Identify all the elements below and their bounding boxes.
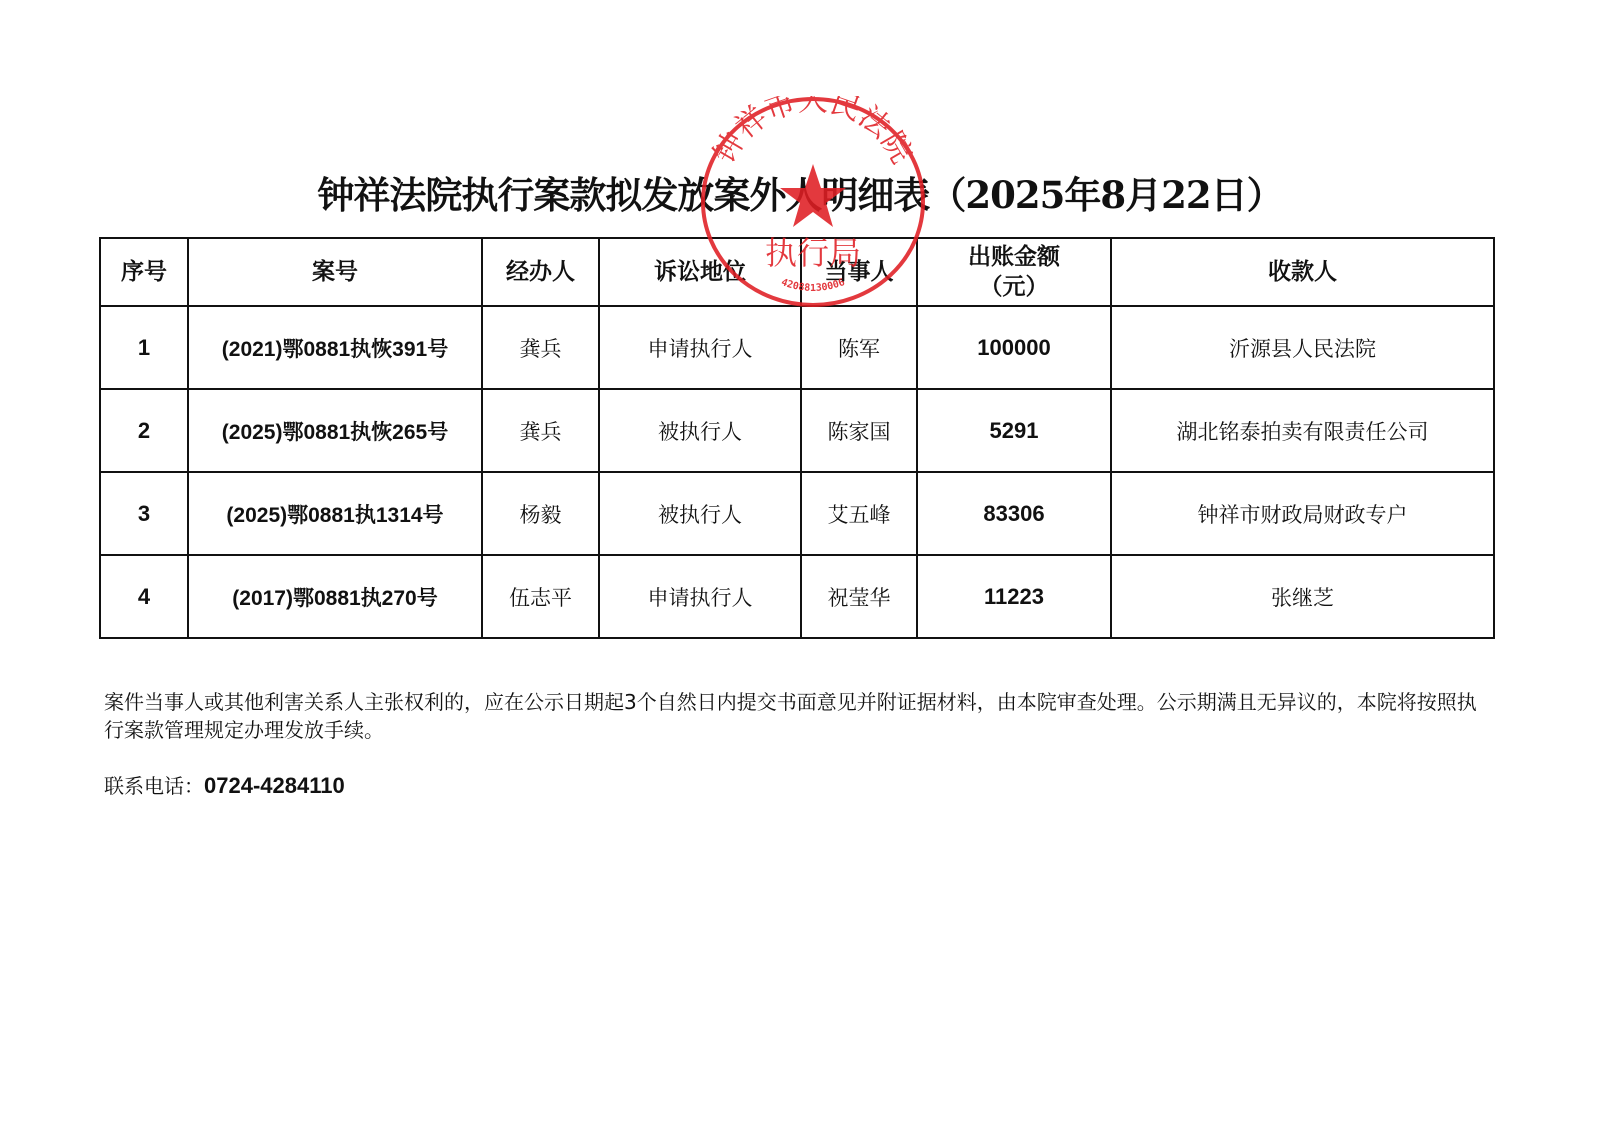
cell-litigation-status: 被执行人 [599,472,801,555]
table-row: 3 (2025)鄂0881执1314号 杨毅 被执行人 艾五峰 83306 钟祥… [100,472,1494,555]
header-amount-line1: 出账金额 [918,242,1110,272]
cell-amount: 11223 [917,555,1111,638]
cell-index: 3 [100,472,188,555]
cell-party: 祝莹华 [801,555,917,638]
cell-handler: 龚兵 [482,306,599,389]
cell-handler: 杨毅 [482,472,599,555]
cell-case-no: (2017)鄂0881执270号 [188,555,482,638]
cell-payee: 湖北铭泰拍卖有限责任公司 [1111,389,1494,472]
cell-case-no: (2025)鄂0881执恢265号 [188,389,482,472]
header-amount-line2: （元） [918,272,1110,302]
header-case-no: 案号 [188,238,482,306]
cell-party: 陈家国 [801,389,917,472]
cell-index: 2 [100,389,188,472]
header-amount: 出账金额 （元） [917,238,1111,306]
disbursement-table: 序号 案号 经办人 诉讼地位 当事人 出账金额 （元） 收款人 1 (2021)… [99,237,1495,639]
cell-handler: 龚兵 [482,389,599,472]
cell-case-no: (2021)鄂0881执恢391号 [188,306,482,389]
cell-litigation-status: 被执行人 [599,389,801,472]
table-header-row: 序号 案号 经办人 诉讼地位 当事人 出账金额 （元） 收款人 [100,238,1494,306]
header-party: 当事人 [801,238,917,306]
cell-payee: 张继芝 [1111,555,1494,638]
table-row: 4 (2017)鄂0881执270号 伍志平 申请执行人 祝莹华 11223 张… [100,555,1494,638]
cell-litigation-status: 申请执行人 [599,306,801,389]
table-row: 2 (2025)鄂0881执恢265号 龚兵 被执行人 陈家国 5291 湖北铭… [100,389,1494,472]
cell-index: 1 [100,306,188,389]
cell-party: 陈军 [801,306,917,389]
stamp-outer-text: 钟祥市人民法院 [707,96,919,170]
table-row: 1 (2021)鄂0881执恢391号 龚兵 申请执行人 陈军 100000 沂… [100,306,1494,389]
cell-payee: 钟祥市财政局财政专户 [1111,472,1494,555]
cell-litigation-status: 申请执行人 [599,555,801,638]
header-index: 序号 [100,238,188,306]
document-title: 钟祥法院执行案款拟发放案外人明细表（2025年8月22日） [0,165,1600,219]
header-handler: 经办人 [482,238,599,306]
cell-index: 4 [100,555,188,638]
cell-handler: 伍志平 [482,555,599,638]
header-litigation-status: 诉讼地位 [599,238,801,306]
cell-amount: 83306 [917,472,1111,555]
cell-amount: 100000 [917,306,1111,389]
contact-label: 联系电话： [104,774,204,798]
cell-party: 艾五峰 [801,472,917,555]
contact-line: 联系电话：0724-4284110 [104,770,345,799]
cell-payee: 沂源县人民法院 [1111,306,1494,389]
notice-paragraph: 案件当事人或其他利害关系人主张权利的，应在公示日期起3个自然日内提交书面意见并附… [104,688,1494,744]
header-payee: 收款人 [1111,238,1494,306]
cell-case-no: (2025)鄂0881执1314号 [188,472,482,555]
contact-phone: 0724-4284110 [204,773,345,798]
cell-amount: 5291 [917,389,1111,472]
